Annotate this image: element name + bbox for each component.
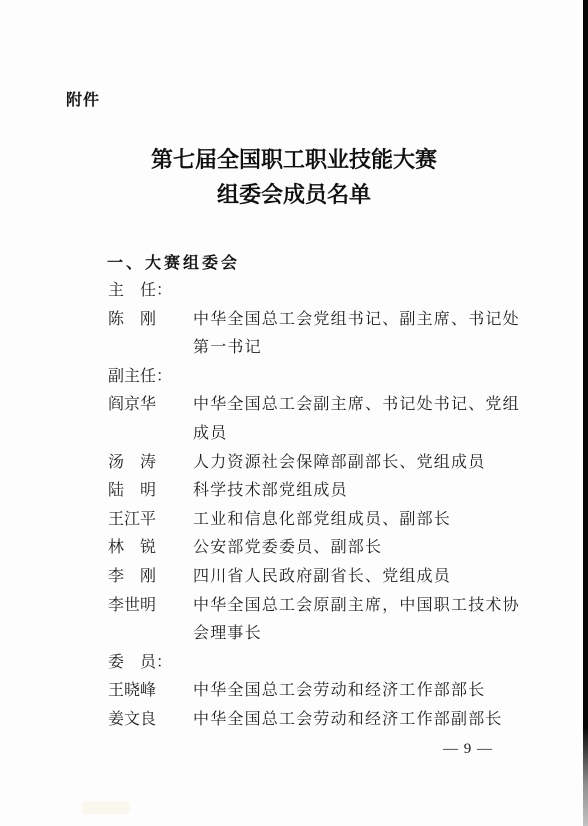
attachment-label: 附件	[66, 87, 100, 110]
role-label-row: 主 任：	[108, 277, 538, 306]
member-name: 汤 涛	[108, 449, 156, 478]
member-row: 陆 明 科学技术部党组成员	[108, 477, 538, 506]
page-number: — 9 —	[443, 741, 493, 758]
member-title: 工业和信息化部党组成员、副部长	[193, 506, 451, 535]
member-row: 李世明 中华全国总工会原副主席，中国职工技术协 会理事长	[108, 592, 538, 649]
role-label: 副主任：	[108, 363, 172, 392]
member-row: 阎京华 中华全国总工会副主席、书记处书记、党组 成员	[108, 391, 538, 448]
member-name: 王江平	[108, 506, 156, 535]
member-title: 中华全国总工会党组书记、副主席、书记处 第一书记	[193, 306, 520, 363]
scan-edge-shadow	[583, 0, 588, 826]
member-row: 王江平 工业和信息化部党组成员、副部长	[108, 506, 538, 535]
member-name: 陈 刚	[108, 306, 156, 335]
role-label: 主 任：	[108, 277, 172, 306]
member-title: 四川省人民政府副省长、党组成员	[193, 563, 451, 592]
member-row: 王晓峰 中华全国总工会劳动和经济工作部部长	[108, 677, 538, 706]
document-title-line2: 组委会成员名单	[0, 177, 588, 212]
member-title: 中华全国总工会劳动和经济工作部副部长	[193, 706, 503, 735]
document-title: 第七届全国职工职业技能大赛 组委会成员名单	[0, 142, 588, 212]
member-row: 林 锐 公安部党委委员、副部长	[108, 534, 538, 563]
member-row: 汤 涛 人力资源社会保障部副部长、党组成员	[108, 449, 538, 478]
document-title-line1: 第七届全国职工职业技能大赛	[0, 142, 588, 177]
member-title: 中华全国总工会原副主席，中国职工技术协 会理事长	[193, 592, 520, 649]
member-title: 中华全国总工会劳动和经济工作部部长	[193, 677, 485, 706]
role-label-row: 委 员：	[108, 649, 538, 678]
member-name: 姜文良	[108, 706, 156, 735]
committee-member-list: 主 任： 陈 刚 中华全国总工会党组书记、副主席、书记处 第一书记 副主任： 阎…	[108, 277, 538, 735]
member-title: 中华全国总工会副主席、书记处书记、党组 成员	[193, 391, 520, 448]
section-heading: 一、大赛组委会	[107, 250, 240, 273]
scanned-document-page: { "page": { "attachment_label": "附件", "t…	[0, 0, 588, 826]
member-name: 阎京华	[108, 391, 156, 420]
member-title: 公安部党委委员、副部长	[193, 534, 382, 563]
member-name: 王晓峰	[108, 677, 156, 706]
member-name: 李世明	[108, 592, 156, 621]
member-row: 姜文良 中华全国总工会劳动和经济工作部副部长	[108, 706, 538, 735]
member-name: 陆 明	[108, 477, 156, 506]
scan-artifact-smudge	[82, 801, 130, 814]
member-name: 李 刚	[108, 563, 156, 592]
member-row: 陈 刚 中华全国总工会党组书记、副主席、书记处 第一书记	[108, 306, 538, 363]
role-label-row: 副主任：	[108, 363, 538, 392]
member-row: 李 刚 四川省人民政府副省长、党组成员	[108, 563, 538, 592]
role-label: 委 员：	[108, 649, 172, 678]
member-name: 林 锐	[108, 534, 156, 563]
member-title: 人力资源社会保障部副部长、党组成员	[193, 449, 485, 478]
member-title: 科学技术部党组成员	[193, 477, 348, 506]
